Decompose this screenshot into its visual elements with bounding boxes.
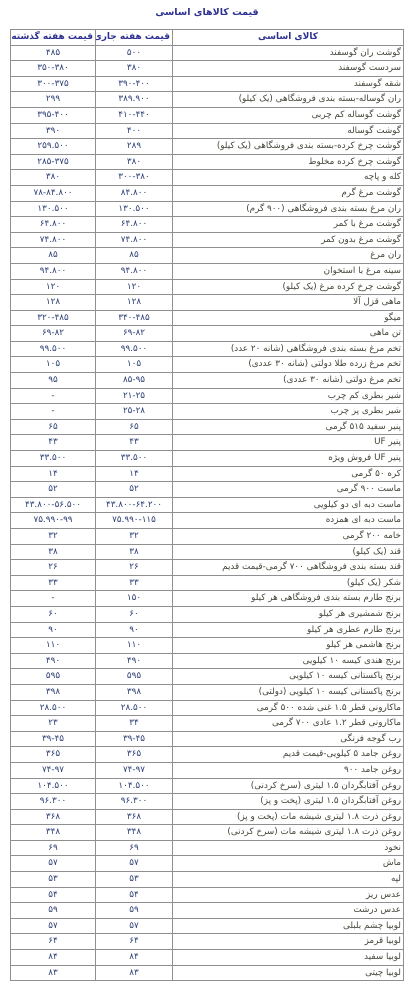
- current-week-price-cell: ۳۴۸: [96, 825, 173, 841]
- previous-week-price-cell: ۱۰۴.۵۰۰: [11, 778, 96, 794]
- commodity-name-cell: گوشت مرغ بدون کمر: [173, 232, 404, 248]
- previous-week-price-cell: ۲۸۵-۳۷۵: [11, 154, 96, 170]
- table-row: کره ۵۰ گرمی۱۴۱۴: [11, 466, 404, 482]
- previous-week-price-cell: ۹۵: [11, 373, 96, 389]
- previous-week-price-cell: ۳۳: [11, 575, 96, 591]
- previous-week-price-cell: ۳۲۰-۴۸۵: [11, 310, 96, 326]
- table-row: برنج هاشمی هر کیلو۱۱۰۱۱۰: [11, 638, 404, 654]
- table-row: قند (یک کیلو)۳۸۳۸: [11, 544, 404, 560]
- column-header-commodity: کالای اساسی: [173, 30, 404, 46]
- previous-week-price-cell: ۳۳.۵۰۰: [11, 451, 96, 467]
- previous-week-price-cell: ۵۹: [11, 903, 96, 919]
- previous-week-price-cell: ۱۴: [11, 466, 96, 482]
- previous-week-price-cell: ۴۹۰: [11, 653, 96, 669]
- previous-week-price-cell: ۳۹۸: [11, 684, 96, 700]
- table-row: برنج پاکستانی کیسه ۱۰ کیلویی۵۹۵۵۹۵: [11, 669, 404, 685]
- previous-week-price-cell: ۵۴: [11, 887, 96, 903]
- table-row: گوشت گوساله کم چربی۴۱۰-۴۴۰۳۹۵-۴۰۰: [11, 107, 404, 123]
- table-row: روغن ذرت ۱.۸ لیتری شیشه مات (پخت و پز)۳۶…: [11, 809, 404, 825]
- table-row: ماست دبه ای دو کیلویی۴۳.۸۰۰-۶۴.۲۰۰۴۳.۸۰۰…: [11, 497, 404, 513]
- price-table: کالای اساسی قیمت هفته جاری قیمت هفته گذش…: [10, 29, 404, 981]
- table-row: لپه۵۳۵۳: [11, 872, 404, 888]
- current-week-price-cell: ۱۲۰: [96, 279, 173, 295]
- current-week-price-cell: ۳۲: [96, 529, 173, 545]
- table-row: گوشت چرخ کرده مرغ (یک کیلو)۱۲۰۱۲۰: [11, 279, 404, 295]
- previous-week-price-cell: ۵۷: [11, 918, 96, 934]
- commodity-name-cell: میگو: [173, 310, 404, 326]
- current-week-price-cell: ۸۵-۹۵: [96, 373, 173, 389]
- commodity-name-cell: تخم مرغ دولتی (شانه ۳۰ عددی): [173, 373, 404, 389]
- table-row: گوشت مرغ با کمر۶۴.۸۰۰۶۴.۸۰۰: [11, 217, 404, 233]
- commodity-name-cell: کره ۵۰ گرمی: [173, 466, 404, 482]
- table-row: شکر (یک کیلو)۳۳۳۳: [11, 575, 404, 591]
- commodity-name-cell: لپه: [173, 872, 404, 888]
- table-row: برنج هندی کیسه ۱۰ کیلویی۴۹۰۴۹۰: [11, 653, 404, 669]
- table-row: میگو۳۴۰-۴۸۵۳۲۰-۴۸۵: [11, 310, 404, 326]
- current-week-price-cell: ۲۶: [96, 560, 173, 576]
- current-week-price-cell: ۶۹: [96, 840, 173, 856]
- table-row: لوبیا چشم بلبلی۵۷۵۷: [11, 918, 404, 934]
- table-row: ماهی قزل آلا۱۲۸۱۲۸: [11, 295, 404, 311]
- current-week-price-cell: ۷۴-۹۷: [96, 762, 173, 778]
- commodity-name-cell: برنج پاکستانی کیسه ۱۰ کیلویی: [173, 669, 404, 685]
- previous-week-price-cell: ۱۲۰: [11, 279, 96, 295]
- current-week-price-cell: ۳۸۰: [96, 61, 173, 77]
- current-week-price-cell: ۳۰۰-۳۸۰: [96, 170, 173, 186]
- commodity-name-cell: پنیر UF: [173, 435, 404, 451]
- commodity-name-cell: گوشت گوساله کم چربی: [173, 107, 404, 123]
- previous-week-price-cell: ۳۹۵-۴۰۰: [11, 107, 96, 123]
- commodity-name-cell: عدس درشت: [173, 903, 404, 919]
- current-week-price-cell: ۶۰: [96, 606, 173, 622]
- commodity-name-cell: شیر بطری پر چرب: [173, 404, 404, 420]
- previous-week-price-cell: ۳۸۰: [11, 170, 96, 186]
- table-row: لوبیا چیتی۸۳۸۳: [11, 965, 404, 981]
- commodity-name-cell: روغن آفتابگردان ۱.۵ لیتری (سرخ کردنی): [173, 778, 404, 794]
- current-week-price-cell: ۳۶۸: [96, 809, 173, 825]
- table-row: شقه گوسفند۳۹۰-۴۰۰۳۰۰-۳۷۵: [11, 76, 404, 92]
- table-row: ماکارونی قطر ۱.۲ عادی ۷۰۰ گرمی۳۴۲۳: [11, 716, 404, 732]
- table-row: شیر بطری کم چرب۲۱-۲۵-: [11, 388, 404, 404]
- previous-week-price-cell: ۶۵: [11, 419, 96, 435]
- commodity-name-cell: لوبیا قرمز: [173, 934, 404, 950]
- current-week-price-cell: ۵۷: [96, 918, 173, 934]
- table-row: سردست گوسفند۳۸۰۳۵۰-۳۸۰: [11, 61, 404, 77]
- column-header-current-week: قیمت هفته جاری: [96, 30, 173, 46]
- previous-week-price-cell: ۴۸۵: [11, 45, 96, 61]
- current-week-price-cell: ۶۴: [96, 934, 173, 950]
- commodity-name-cell: روغن ذرت ۱.۸ لیتری شیشه مات (پخت و پز): [173, 809, 404, 825]
- previous-week-price-cell: -: [11, 591, 96, 607]
- table-row: روغن ذرت ۱.۸ لیتری شیشه مات (سرخ کردنی)۳…: [11, 825, 404, 841]
- table-row: تخم مرغ زرده طلا دولتی (شانه ۳۰ عددی)۱۰۵…: [11, 357, 404, 373]
- table-row: برنج طارم بسته بندی فروشگاهی هر کیلو۱۵۰-: [11, 591, 404, 607]
- current-week-price-cell: ۴۳.۸۰۰-۶۴.۲۰۰: [96, 497, 173, 513]
- commodity-name-cell: گوشت مرغ با کمر: [173, 217, 404, 233]
- current-week-price-cell: ۵۹۵: [96, 669, 173, 685]
- previous-week-price-cell: ۳۹۰: [11, 123, 96, 139]
- commodity-name-cell: پنیر سفید ۵۱۵ گرمی: [173, 419, 404, 435]
- previous-week-price-cell: ۷۴-۹۷: [11, 762, 96, 778]
- previous-week-price-cell: ۳۹-۴۵: [11, 731, 96, 747]
- current-week-price-cell: ۴۱۰-۴۴۰: [96, 107, 173, 123]
- table-row: گوشت چرخ کرده-بسته بندی فروشگاهی (یک کیل…: [11, 139, 404, 155]
- commodity-name-cell: ماش: [173, 856, 404, 872]
- table-row: روغن آفتابگردان ۱.۵ لیتری (پخت و پز)۹۶.۳…: [11, 794, 404, 810]
- previous-week-price-cell: ۵۷: [11, 856, 96, 872]
- table-row: قند بسته بندی فروشگاهی ۷۰۰ گرمی-قیمت قدی…: [11, 560, 404, 576]
- table-row: ماست ۹۰۰ گرمی۵۲۵۲: [11, 482, 404, 498]
- table-row: پنیر سفید ۵۱۵ گرمی۶۵۶۵: [11, 419, 404, 435]
- commodity-name-cell: روغن آفتابگردان ۱.۵ لیتری (پخت و پز): [173, 794, 404, 810]
- commodity-name-cell: گوشت چرخ کرده مرغ (یک کیلو): [173, 279, 404, 295]
- table-row: تخم مرغ بسته بندی فروشگاهی (شانه ۲۰ عدد)…: [11, 341, 404, 357]
- commodity-name-cell: قند (یک کیلو): [173, 544, 404, 560]
- previous-week-price-cell: ۲۹۹: [11, 92, 96, 108]
- table-row: گوشت گوساله۴۰۰۳۹۰: [11, 123, 404, 139]
- current-week-price-cell: ۲۸.۵۰۰: [96, 700, 173, 716]
- commodity-name-cell: لوبیا سفید: [173, 950, 404, 966]
- previous-week-price-cell: ۵۹۵: [11, 669, 96, 685]
- commodity-name-cell: لوبیا چیتی: [173, 965, 404, 981]
- previous-week-price-cell: ۱۱۰: [11, 638, 96, 654]
- commodity-name-cell: گوشت ران گوسفند: [173, 45, 404, 61]
- current-week-price-cell: ۳۴۰-۴۸۵: [96, 310, 173, 326]
- commodity-name-cell: سردست گوسفند: [173, 61, 404, 77]
- current-week-price-cell: ۶۹-۸۲: [96, 326, 173, 342]
- previous-week-price-cell: ۶۴: [11, 934, 96, 950]
- commodity-name-cell: گوشت چرخ کرده-بسته بندی فروشگاهی (یک کیل…: [173, 139, 404, 155]
- column-header-previous-week: قیمت هفته گذشته: [11, 30, 96, 46]
- commodity-name-cell: برنج پاکستانی کیسه ۱۰ کیلویی (دولتی): [173, 684, 404, 700]
- previous-week-price-cell: ۹۰: [11, 622, 96, 638]
- current-week-price-cell: ۵۴: [96, 887, 173, 903]
- commodity-name-cell: شقه گوسفند: [173, 76, 404, 92]
- commodity-name-cell: رب گوجه فرنگی: [173, 731, 404, 747]
- previous-week-price-cell: ۷۴.۸۰۰: [11, 232, 96, 248]
- current-week-price-cell: ۳۳: [96, 575, 173, 591]
- previous-week-price-cell: ۹۹.۵۰۰: [11, 341, 96, 357]
- commodity-name-cell: قند بسته بندی فروشگاهی ۷۰۰ گرمی-قیمت قدی…: [173, 560, 404, 576]
- previous-week-price-cell: ۲۳: [11, 716, 96, 732]
- commodity-name-cell: پنیر UF فروش ویژه: [173, 451, 404, 467]
- current-week-price-cell: ۳۸۹.۹۰۰: [96, 92, 173, 108]
- commodity-name-cell: روغن جامد ۹۰۰: [173, 762, 404, 778]
- previous-week-price-cell: ۳۵۰-۳۸۰: [11, 61, 96, 77]
- previous-week-price-cell: ۶۹-۸۲: [11, 326, 96, 342]
- commodity-name-cell: ماهی قزل آلا: [173, 295, 404, 311]
- commodity-name-cell: ران مرغ بسته بندی فروشگاهی (۹۰۰ گرم): [173, 201, 404, 217]
- commodity-name-cell: تخم مرغ زرده طلا دولتی (شانه ۳۰ عددی): [173, 357, 404, 373]
- previous-week-price-cell: ۳۴۸: [11, 825, 96, 841]
- current-week-price-cell: ۱۱۰: [96, 638, 173, 654]
- table-row: نخود۶۹۶۹: [11, 840, 404, 856]
- previous-week-price-cell: ۱۳۰.۵۰۰: [11, 201, 96, 217]
- current-week-price-cell: ۸۴.۸۰۰: [96, 185, 173, 201]
- commodity-name-cell: برنج هندی کیسه ۱۰ کیلویی: [173, 653, 404, 669]
- current-week-price-cell: ۳۳.۵۰۰: [96, 451, 173, 467]
- commodity-name-cell: برنج شمشیری هر کیلو: [173, 606, 404, 622]
- current-week-price-cell: ۶۴.۸۰۰: [96, 217, 173, 233]
- table-row: عدس درشت۵۹۵۹: [11, 903, 404, 919]
- previous-week-price-cell: ۹۶.۳۰۰: [11, 794, 96, 810]
- current-week-price-cell: ۲۸۹: [96, 139, 173, 155]
- commodity-name-cell: سینه مرغ با استخوان: [173, 263, 404, 279]
- previous-week-price-cell: ۹۴.۸۰۰: [11, 263, 96, 279]
- current-week-price-cell: ۵۲: [96, 482, 173, 498]
- previous-week-price-cell: -: [11, 404, 96, 420]
- previous-week-price-cell: ۶۹: [11, 840, 96, 856]
- previous-week-price-cell: ۵۲: [11, 482, 96, 498]
- table-row: روغن جامد ۵ کیلویی-قیمت قدیم۳۶۵۳۶۵: [11, 747, 404, 763]
- current-week-price-cell: ۳۹-۴۵: [96, 731, 173, 747]
- current-week-price-cell: ۸۵: [96, 248, 173, 264]
- table-row: ماست دبه ای همزده۷۵.۹۹۰-۱۱۵۷۵.۹۹۰-۹۹: [11, 513, 404, 529]
- table-row: ران مرغ۸۵۸۵: [11, 248, 404, 264]
- current-week-price-cell: ۴۳: [96, 435, 173, 451]
- commodity-name-cell: لوبیا چشم بلبلی: [173, 918, 404, 934]
- previous-week-price-cell: ۲۸.۵۰۰: [11, 700, 96, 716]
- previous-week-price-cell: ۳۶۸: [11, 809, 96, 825]
- table-row: رب گوجه فرنگی۳۹-۴۵۳۹-۴۵: [11, 731, 404, 747]
- current-week-price-cell: ۳۴: [96, 716, 173, 732]
- current-week-price-cell: ۵۳: [96, 872, 173, 888]
- table-row: عدس ریز۵۴۵۴: [11, 887, 404, 903]
- current-week-price-cell: ۴۹۰: [96, 653, 173, 669]
- current-week-price-cell: ۳۹۸: [96, 684, 173, 700]
- commodity-name-cell: ماکارونی قطر ۱.۲ عادی ۷۰۰ گرمی: [173, 716, 404, 732]
- table-row: ماش۵۷۵۷: [11, 856, 404, 872]
- current-week-price-cell: ۶۵: [96, 419, 173, 435]
- current-week-price-cell: ۱۳۰.۵۰۰: [96, 201, 173, 217]
- commodity-name-cell: ماست ۹۰۰ گرمی: [173, 482, 404, 498]
- commodity-name-cell: شیر بطری کم چرب: [173, 388, 404, 404]
- previous-week-price-cell: ۴۳: [11, 435, 96, 451]
- table-row: خامه ۲۰۰ گرمی۳۲۳۲: [11, 529, 404, 545]
- table-row: روغن آفتابگردان ۱.۵ لیتری (سرخ کردنی)۱۰۴…: [11, 778, 404, 794]
- current-week-price-cell: ۳۸: [96, 544, 173, 560]
- table-row: گوشت چرخ کرده مخلوط۳۸۰۲۸۵-۳۷۵: [11, 154, 404, 170]
- table-row: گوشت ران گوسفند۵۰۰۴۸۵: [11, 45, 404, 61]
- table-row: لوبیا قرمز۶۴۶۴: [11, 934, 404, 950]
- previous-week-price-cell: ۵۳: [11, 872, 96, 888]
- table-row: گوشت مرغ بدون کمر۷۴.۸۰۰۷۴.۸۰۰: [11, 232, 404, 248]
- current-week-price-cell: ۹۰: [96, 622, 173, 638]
- table-row: ران مرغ بسته بندی فروشگاهی (۹۰۰ گرم)۱۳۰.…: [11, 201, 404, 217]
- current-week-price-cell: ۹۹.۵۰۰: [96, 341, 173, 357]
- commodity-name-cell: روغن ذرت ۱.۸ لیتری شیشه مات (سرخ کردنی): [173, 825, 404, 841]
- current-week-price-cell: ۳۸۰: [96, 154, 173, 170]
- commodity-name-cell: روغن جامد ۵ کیلویی-قیمت قدیم: [173, 747, 404, 763]
- previous-week-price-cell: ۷۸-۸۴.۸۰۰: [11, 185, 96, 201]
- previous-week-price-cell: ۶۰: [11, 606, 96, 622]
- commodity-name-cell: نخود: [173, 840, 404, 856]
- current-week-price-cell: ۸۴: [96, 950, 173, 966]
- current-week-price-cell: ۵۰۰: [96, 45, 173, 61]
- commodity-name-cell: گوشت مرغ گرم: [173, 185, 404, 201]
- commodity-name-cell: ران گوساله-بسته بندی فروشگاهی (یک کیلو): [173, 92, 404, 108]
- current-week-price-cell: ۹۴.۸۰۰: [96, 263, 173, 279]
- previous-week-price-cell: ۸۳: [11, 965, 96, 981]
- commodity-name-cell: گوشت چرخ کرده مخلوط: [173, 154, 404, 170]
- table-row: تخم مرغ دولتی (شانه ۳۰ عددی)۸۵-۹۵۹۵: [11, 373, 404, 389]
- commodity-name-cell: ماکارونی قطر ۱.۵ غنی شده ۵۰۰ گرمی: [173, 700, 404, 716]
- price-table-body: گوشت ران گوسفند۵۰۰۴۸۵سردست گوسفند۳۸۰۳۵۰-…: [11, 45, 404, 981]
- current-week-price-cell: ۱۰۴.۵۰۰: [96, 778, 173, 794]
- current-week-price-cell: ۹۶.۳۰۰: [96, 794, 173, 810]
- current-week-price-cell: ۴۰۰: [96, 123, 173, 139]
- commodity-name-cell: تن ماهی: [173, 326, 404, 342]
- commodity-name-cell: شکر (یک کیلو): [173, 575, 404, 591]
- current-week-price-cell: ۲۵-۲۸: [96, 404, 173, 420]
- table-row: گوشت مرغ گرم۸۴.۸۰۰۷۸-۸۴.۸۰۰: [11, 185, 404, 201]
- previous-week-price-cell: ۱۰۵: [11, 357, 96, 373]
- current-week-price-cell: ۱۴: [96, 466, 173, 482]
- table-row: برنج طارم عطری هر کیلو۹۰۹۰: [11, 622, 404, 638]
- commodity-name-cell: خامه ۲۰۰ گرمی: [173, 529, 404, 545]
- table-row: کله و پاچه۳۰۰-۳۸۰۳۸۰: [11, 170, 404, 186]
- table-row: شیر بطری پر چرب۲۵-۲۸-: [11, 404, 404, 420]
- current-week-price-cell: ۲۱-۲۵: [96, 388, 173, 404]
- commodity-name-cell: ماست دبه ای دو کیلویی: [173, 497, 404, 513]
- commodity-name-cell: عدس ریز: [173, 887, 404, 903]
- previous-week-price-cell: ۳۶۵: [11, 747, 96, 763]
- commodity-name-cell: برنج هاشمی هر کیلو: [173, 638, 404, 654]
- table-row: برنج شمشیری هر کیلو۶۰۶۰: [11, 606, 404, 622]
- table-row: روغن جامد ۹۰۰۷۴-۹۷۷۴-۹۷: [11, 762, 404, 778]
- previous-week-price-cell: ۴۳.۸۰۰-۵۶.۵۰۰: [11, 497, 96, 513]
- page: { "title": "قیمت کالاهای اساسی", "colors…: [0, 0, 414, 1000]
- commodity-name-cell: برنج طارم بسته بندی فروشگاهی هر کیلو: [173, 591, 404, 607]
- table-row: تن ماهی۶۹-۸۲۶۹-۸۲: [11, 326, 404, 342]
- previous-week-price-cell: ۱۲۸: [11, 295, 96, 311]
- table-row: ران گوساله-بسته بندی فروشگاهی (یک کیلو)۳…: [11, 92, 404, 108]
- table-row: ماکارونی قطر ۱.۵ غنی شده ۵۰۰ گرمی۲۸.۵۰۰۲…: [11, 700, 404, 716]
- commodity-name-cell: کله و پاچه: [173, 170, 404, 186]
- table-row: پنیر UF۴۳۴۳: [11, 435, 404, 451]
- previous-week-price-cell: ۲۶: [11, 560, 96, 576]
- current-week-price-cell: ۱۵۰: [96, 591, 173, 607]
- current-week-price-cell: ۸۳: [96, 965, 173, 981]
- current-week-price-cell: ۱۲۸: [96, 295, 173, 311]
- current-week-price-cell: ۵۷: [96, 856, 173, 872]
- commodity-name-cell: گوشت گوساله: [173, 123, 404, 139]
- current-week-price-cell: ۳۹۰-۴۰۰: [96, 76, 173, 92]
- previous-week-price-cell: ۸۴: [11, 950, 96, 966]
- previous-week-price-cell: ۶۴.۸۰۰: [11, 217, 96, 233]
- commodity-name-cell: ماست دبه ای همزده: [173, 513, 404, 529]
- previous-week-price-cell: ۲۵۹.۵۰۰: [11, 139, 96, 155]
- current-week-price-cell: ۵۹: [96, 903, 173, 919]
- previous-week-price-cell: ۳۸: [11, 544, 96, 560]
- previous-week-price-cell: -: [11, 388, 96, 404]
- table-row: پنیر UF فروش ویژه۳۳.۵۰۰۳۳.۵۰۰: [11, 451, 404, 467]
- table-row: لوبیا سفید۸۴۸۴: [11, 950, 404, 966]
- previous-week-price-cell: ۸۵: [11, 248, 96, 264]
- table-row: سینه مرغ با استخوان۹۴.۸۰۰۹۴.۸۰۰: [11, 263, 404, 279]
- header-row: کالای اساسی قیمت هفته جاری قیمت هفته گذش…: [11, 30, 404, 46]
- current-week-price-cell: ۷۴.۸۰۰: [96, 232, 173, 248]
- commodity-name-cell: برنج طارم عطری هر کیلو: [173, 622, 404, 638]
- current-week-price-cell: ۷۵.۹۹۰-۱۱۵: [96, 513, 173, 529]
- previous-week-price-cell: ۳۰۰-۳۷۵: [11, 76, 96, 92]
- previous-week-price-cell: ۳۲: [11, 529, 96, 545]
- commodity-name-cell: تخم مرغ بسته بندی فروشگاهی (شانه ۲۰ عدد): [173, 341, 404, 357]
- commodity-name-cell: ران مرغ: [173, 248, 404, 264]
- page-title: قیمت کالاهای اساسی: [0, 0, 414, 23]
- table-row: برنج پاکستانی کیسه ۱۰ کیلویی (دولتی)۳۹۸۳…: [11, 684, 404, 700]
- current-week-price-cell: ۳۶۵: [96, 747, 173, 763]
- current-week-price-cell: ۱۰۵: [96, 357, 173, 373]
- previous-week-price-cell: ۷۵.۹۹۰-۹۹: [11, 513, 96, 529]
